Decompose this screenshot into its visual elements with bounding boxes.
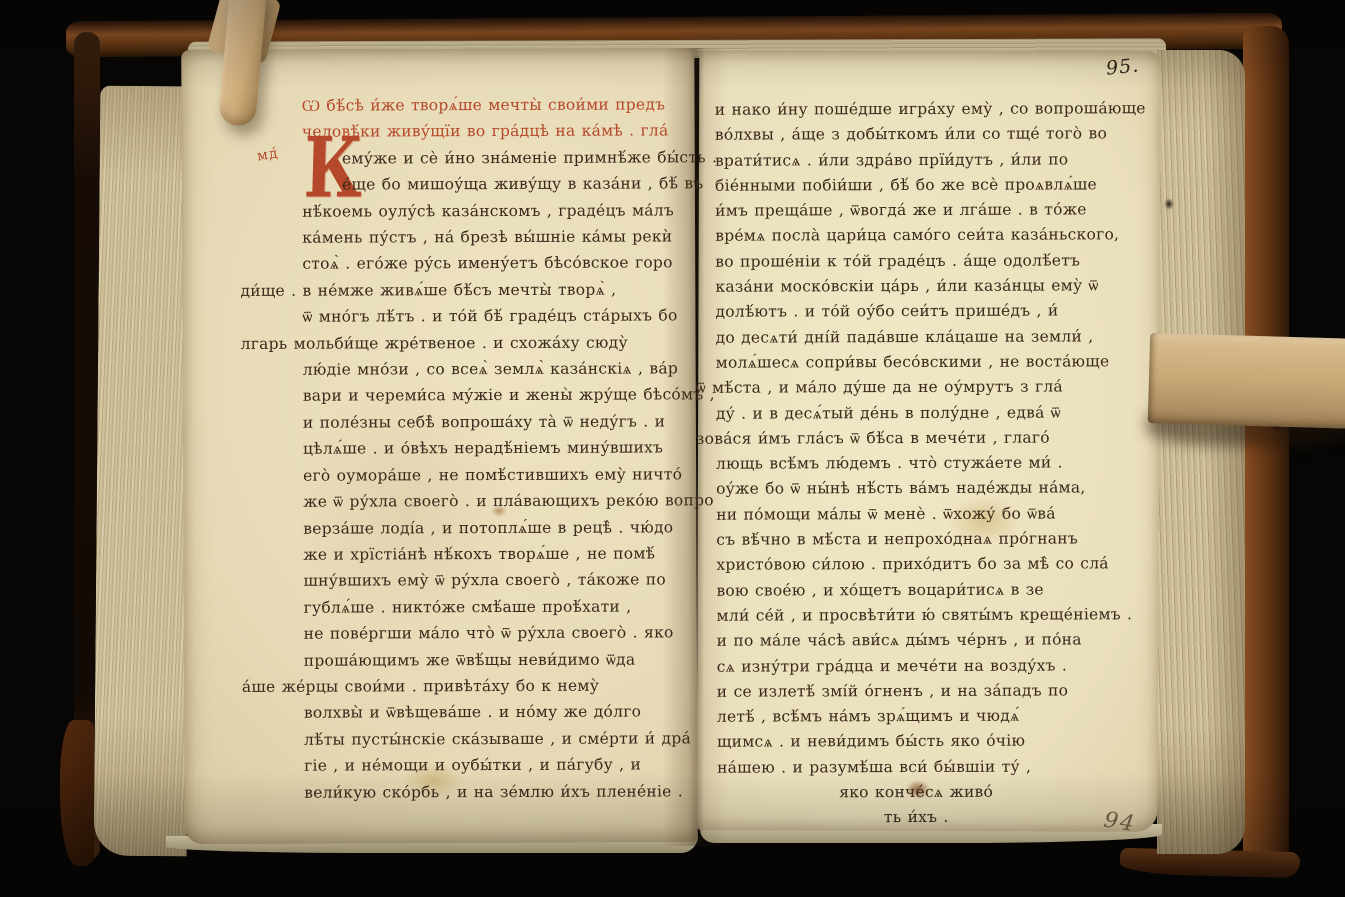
text-line: гіе , и не́мощи и оубы́тки , и па́губу ,… — [304, 751, 700, 779]
text-line: ду́ . и в десѧ́тый де́нь в полу́дне , ед… — [716, 400, 1114, 427]
text-line: и поле́зны себѣ̀ вопроша́ху та̀ ѿ неду́г… — [303, 408, 699, 436]
text-line: врати́тисѧ . и́ли здра́во прїи́дутъ , и́… — [715, 147, 1113, 174]
text-line: ѿ мно́гъ лѣ́тъ . и то́й бѣ́ граде́цъ ста… — [302, 303, 698, 331]
text-line: ни по́мощи ма́лы ѿ менѐ . ѿхожу́ бо ѿва́ — [716, 501, 1114, 528]
left-page-text-block: Ѡ бѣ́сѣ и́же творѧ́ше мечты̀ свои́ми пре… — [302, 91, 700, 805]
text-line: цѣлѧ́ше . и о́вѣхъ нерадѣ́ніемъ мину́вши… — [303, 435, 699, 463]
text-line: шну́вшихъ ему̀ ѿ ру́хла своего̀ , та́кож… — [303, 567, 699, 595]
text-line: верза́ше лоді́а , и потоплѧ́ше в рецѣ̀ .… — [303, 514, 699, 542]
text-line: и се излетѣ́ змі́й о́гненъ , и на за́пад… — [717, 678, 1115, 705]
right-page-text-block: и нако и́ну поше́дше игра́ху ему̀ , со в… — [715, 96, 1116, 831]
text-line: нѣ́коемь оулу́сѣ каза́нскомъ , граде́цъ … — [302, 197, 698, 225]
folio-number-ink: 95. — [1105, 54, 1140, 79]
text-line: христо́вою си́лою . прихо́дитъ бо за мѣ̀… — [716, 552, 1114, 579]
text-line: же и хрїстіа́нѣ нѣ́кохъ творѧ́ше , не по… — [303, 540, 699, 568]
text-line: Ѡ бѣ́сѣ и́же творѧ́ше мечты̀ свои́ми пре… — [302, 91, 698, 119]
text-line: ѿ мѣ́ста , и ма́ло ду́ше да не оу́мрутъ … — [696, 375, 1114, 402]
text-line: лѣ́ты пусты́нскіе ска́зываше , и сме́рти… — [304, 725, 700, 753]
text-line: долѣ́ютъ . и то́й оу́бо сеи́тъ прише́дъ … — [715, 299, 1113, 326]
text-line: же ѿ ру́хла своего̀ . и пла́вающихъ реко… — [303, 487, 699, 515]
text-line: волхвы̀ и ѿвѣщева́ше . и но́му же до́лго — [304, 699, 700, 727]
manuscript-photograph: мд́ К Ѡ бѣ́сѣ и́же творѧ́ше мечты̀ свои́… — [0, 0, 1345, 897]
chapter-number-margin-note: мд́ — [256, 145, 280, 164]
text-line: лющь всѣ́мъ лю́демъ . что̀ стужа́ете ми́… — [716, 450, 1114, 477]
wooden-stick-right — [1148, 333, 1345, 429]
text-line: ка́мень пу́стъ , на́ брезѣ вы́шніе ка́мы… — [302, 223, 698, 251]
leather-cover-bottom-left-corner — [60, 720, 94, 866]
text-line: зова́ся и́мъ гла́съ ѿ бѣ́са в мече́ти , … — [696, 425, 1114, 452]
text-line: оу́же бо ѿ ны́нѣ нѣ́сть ва́мъ наде́жды н… — [716, 476, 1114, 503]
text-line: яко конче́сѧ живо́ — [717, 779, 1115, 806]
text-line: каза́ни моско́вскіи ца́рь , и́ли каза́нц… — [715, 273, 1113, 300]
text-line: летѣ́ , всѣ́мъ на́мъ зрѧ́щимъ и чюдѧ́ — [717, 703, 1115, 730]
text-line: біе́нными побіи́ши , бѣ́ бо же всѐ проѧв… — [715, 172, 1113, 199]
text-line: на́шею . и разумѣ́ша вси́ бы́вшіи ту́ , — [717, 754, 1115, 781]
text-line: стоѧ̀ . его́же ру́сь имену́етъ бѣсо́вско… — [302, 250, 698, 278]
text-line: и нако и́ну поше́дше игра́ху ему̀ , со в… — [715, 96, 1113, 123]
text-line: ему́же и сѐ и́но зна́меніе примнѣ́же бы́… — [302, 144, 698, 172]
text-line: ть и́хъ . — [717, 805, 1115, 832]
text-line: человѣ́ки живу́щїи во гра́дцѣ на ка́мѣ .… — [302, 118, 698, 146]
text-line: е́ще бо мишоу́ща живу́щу в каза́ни , бѣ́… — [302, 171, 698, 199]
text-line: лю́діе мно́зи , со всеѧ̀ землѧ̀ каза́нск… — [303, 355, 699, 383]
text-line: не пове́ргши ма́ло что̀ ѿ ру́хла своего̀… — [304, 619, 700, 647]
text-line: мли́ се́й , и просвѣти́ти ю́ святы́мъ кр… — [716, 602, 1114, 629]
text-line: до десѧти́ дні́й пада́вше кла́цаше на зе… — [716, 324, 1114, 351]
text-line: лгарь мольби́ще жре́твеное . и схожа́ху … — [241, 329, 699, 357]
page-block-left-fore-edge — [94, 86, 194, 857]
page-block-right-fore-edge — [1157, 50, 1245, 854]
text-line: и́мъ преща́ше , ѿвогда́ же и лга́ше . в … — [715, 197, 1113, 224]
text-line: съ вѣ́чно в мѣ́ста и непрохо́днаѧ про́гн… — [716, 526, 1114, 553]
text-line: и по ма́ле ча́сѣ ави́сѧ ды́мъ че́рнъ , и… — [717, 628, 1115, 655]
page-number-pencil: 94 — [1102, 808, 1138, 838]
text-line: проша́ющимъ же ѿвѣ́щы неви́димо ѿда — [304, 646, 700, 674]
text-line: ди́ще . в не́мже живѧ́ше бѣ́съ мечты̀ тв… — [240, 276, 698, 304]
text-line: а́ше же́рцы свои́ми . привѣта́ху бо к не… — [242, 672, 700, 700]
text-line: вели́кую ско́рбь , и на зе́млю и́хъ плен… — [304, 778, 700, 806]
text-line: во проше́ніи к то́й граде́цъ . а́ще одол… — [715, 248, 1113, 275]
leather-cover-right-edge — [1243, 26, 1289, 870]
text-line: вре́мѧ посла̀ цари́ца само́го сеи́та каз… — [715, 223, 1113, 250]
text-line: вою свое́ю , и хо́щетъ воцари́тисѧ в зе — [716, 577, 1114, 604]
text-line: сѧ изну́три гра́дца и мече́ти на возду́х… — [717, 653, 1115, 680]
text-line: во́лхвы , а́ще з добы́ткомъ и́ли со тще́… — [715, 122, 1113, 149]
text-line: щимсѧ . и неви́димъ бы́сть яко о́чію — [717, 729, 1115, 756]
text-line: молѧ́шесѧ сопри́вы бесо́вскими , не вост… — [716, 349, 1114, 376]
text-line: гублѧ́ше . никто́же смѣ́аше проѣ́хати , — [304, 593, 700, 621]
text-line: вари и череми́са му́жіе и жены̀ жру́ще б… — [303, 382, 699, 410]
text-line: его̀ оумора́ше , не помѣ́стившихъ ему̀ н… — [303, 461, 699, 489]
